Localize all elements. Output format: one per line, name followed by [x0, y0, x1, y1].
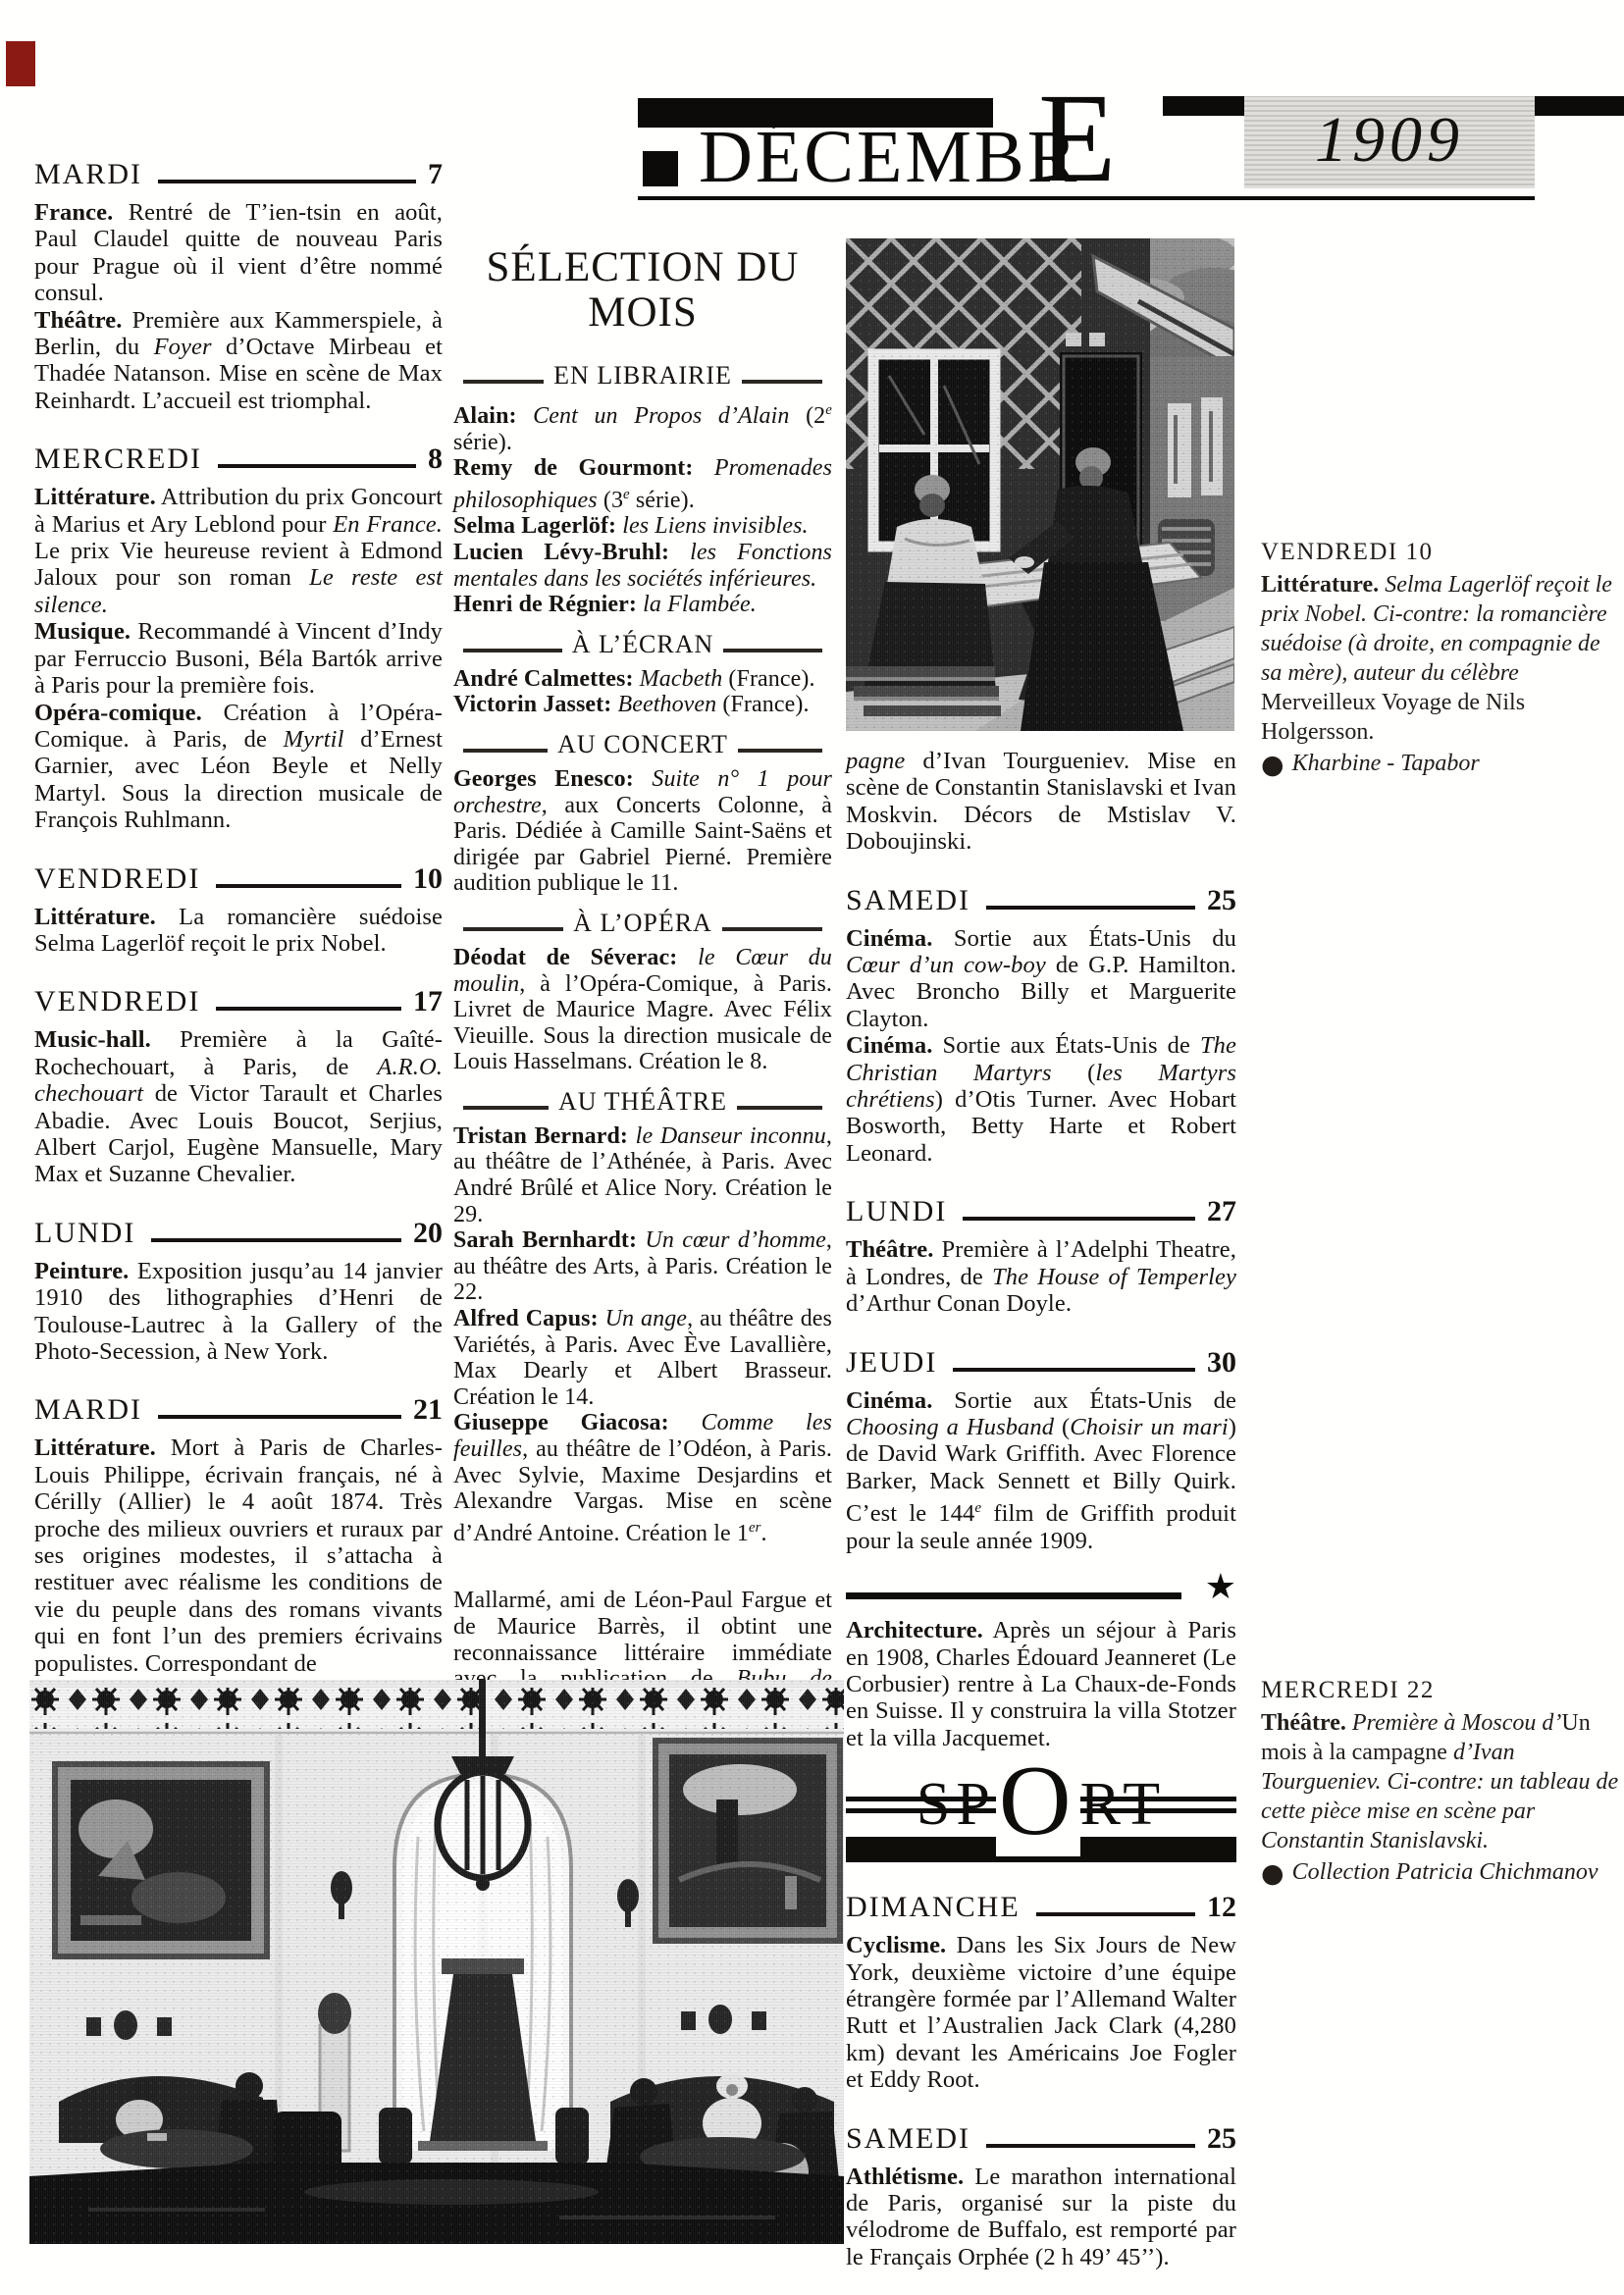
text-run: Victorin Jasset:	[453, 692, 611, 717]
text-run: Lucien Lévy-Bruhl:	[453, 540, 669, 565]
text-run: Théâtre.	[846, 1236, 933, 1263]
credit-bullet-icon: ●	[1261, 1858, 1284, 1889]
event-paragraph: Alfred Capus: Un ange, au théâtre des Va…	[453, 1306, 832, 1410]
day-heading: SAMEDI25	[846, 885, 1236, 916]
text-run: Cinéma.	[846, 1387, 932, 1414]
event-paragraph: André Calmettes: Macbeth (France).	[453, 666, 832, 693]
sport-title: SPORT	[846, 1776, 1236, 1833]
text-run: Athlétisme.	[846, 2164, 964, 2190]
rule-line	[463, 927, 563, 931]
column-left: MARDI7France. Rentré de T’ien-tsin en ao…	[34, 159, 443, 1677]
column-middle: SÉLECTION DU MOISEN LIBRAIRIEAlain: Cent…	[453, 245, 832, 1841]
text-run: Architecture.	[846, 1617, 983, 1643]
section-subhead: AU THÉÂTRE	[453, 1087, 832, 1117]
day-number: 27	[1207, 1196, 1236, 1227]
day-heading: VENDREDI10	[34, 863, 443, 895]
event-paragraph: Architecture. Après un séjour à Paris en…	[846, 1617, 1236, 1751]
day-heading: MARDI21	[34, 1394, 443, 1426]
page-edge-tab	[6, 41, 35, 86]
spacer	[453, 1546, 832, 1588]
text-run: .	[761, 1521, 767, 1546]
rule-line	[846, 1592, 1181, 1599]
text-run: Sortie aux États-Unis de	[932, 1387, 1236, 1414]
rule-line	[723, 649, 822, 652]
credit-bullet-icon: ●	[1261, 750, 1284, 780]
text-run: Opéra-comique.	[34, 700, 202, 726]
rule-line	[737, 1106, 822, 1110]
event-paragraph: Cinéma. Sortie aux États-Unis de Choosin…	[846, 1387, 1236, 1555]
event-paragraph: Tristan Bernard: le Danseur inconnu, au …	[453, 1123, 832, 1227]
text-run: série).	[453, 430, 512, 455]
text-run: Un ange	[599, 1306, 687, 1331]
text-run: Cinéma.	[846, 1032, 932, 1059]
rule-line	[738, 749, 822, 753]
day-name: DIMANCHE	[846, 1892, 1021, 1923]
subhead-label: AU THÉÂTRE	[558, 1087, 727, 1117]
text-run: Littérature.	[34, 904, 156, 930]
text-run: e	[825, 402, 832, 418]
text-run: Sarah Bernhardt:	[453, 1227, 637, 1253]
text-run: Music-hall.	[34, 1026, 151, 1053]
day-rule	[216, 1007, 401, 1011]
text-run: Remy de Gourmont:	[453, 455, 693, 481]
event-paragraph: France. Rentré de T’ien-tsin en août, Pa…	[34, 199, 443, 307]
photo-selma-illustration	[846, 238, 1234, 731]
text-run: Choosing a Husband	[846, 1414, 1054, 1440]
text-run: (2	[790, 403, 826, 429]
text-run: Alain:	[453, 403, 517, 429]
day-heading: DIMANCHE12	[846, 1892, 1236, 1923]
event-paragraph: Littérature. Mort à Paris de Charles-Lou…	[34, 1434, 443, 1677]
day-rule	[953, 1368, 1195, 1372]
caption-day-title: VENDREDI 10	[1261, 538, 1624, 567]
rule-line	[463, 380, 544, 384]
text-run: Henri de Régnier:	[453, 592, 637, 617]
day-name: MERCREDI	[34, 443, 202, 475]
text-run: Sortie aux États-Unis de	[932, 1032, 1199, 1059]
rule-line	[742, 380, 822, 384]
day-rule	[158, 180, 416, 183]
caption-body: Littérature. Selma Lagerlöf reçoit le pr…	[1261, 570, 1624, 747]
day-number: 25	[1207, 2123, 1236, 2155]
text-run: Merveilleux Voyage de Nils Holgersson.	[1261, 690, 1525, 745]
text-run: Tristan Bernard:	[453, 1123, 628, 1149]
photo-credit: ●Kharbine - Tapabor	[1261, 749, 1624, 780]
subhead-label: À L’OPÉRA	[573, 909, 712, 938]
text-run: Beethoven	[611, 692, 716, 717]
text-run: Cent un Propos d’Alain	[517, 403, 790, 429]
text-run: Littérature.	[34, 1434, 156, 1461]
day-rule	[158, 1415, 401, 1419]
text-run: Selma Lagerlöf:	[453, 513, 616, 539]
event-paragraph: Déodat de Séverac: le Cœur du moulin, à …	[453, 945, 832, 1075]
text-run: Peinture.	[34, 1258, 129, 1284]
event-paragraph: Cinéma. Sortie aux États-Unis de The Chr…	[846, 1032, 1236, 1167]
rule-line	[463, 649, 562, 652]
month-bullet-icon	[643, 151, 678, 186]
text-run: er	[749, 1520, 761, 1536]
month-title: DÉCEMBR	[699, 120, 1079, 194]
day-number: 20	[413, 1218, 443, 1249]
day-number: 30	[1207, 1347, 1236, 1379]
text-run: Déodat de Séverac:	[453, 945, 677, 970]
text-run: d’Arthur Conan Doyle.	[846, 1290, 1072, 1317]
subhead-label: AU CONCERT	[557, 730, 728, 759]
year-label: 1909	[1315, 106, 1464, 175]
text-run: Mort à Paris de Charles-Louis Philippe, …	[34, 1434, 443, 1676]
day-heading: SAMEDI25	[846, 2123, 1236, 2155]
text-run: la Flambée.	[637, 592, 757, 617]
section-subhead: À L’OPÉRA	[453, 909, 832, 938]
event-paragraph: Athlétisme. Le marathon international de…	[846, 2164, 1236, 2271]
text-run: Myrtil	[284, 726, 344, 753]
day-heading: VENDREDI17	[34, 986, 443, 1017]
text-run: Première à Moscou d’	[1352, 1710, 1562, 1736]
day-name: VENDREDI	[34, 986, 200, 1017]
subhead-label: EN LIBRAIRIE	[553, 361, 732, 391]
caption-body: Théâtre. Première à Moscou d’Un mois à l…	[1261, 1708, 1624, 1855]
day-name: SAMEDI	[846, 885, 970, 916]
text-run: (	[1052, 1060, 1096, 1086]
event-paragraph: Music-hall. Première à la Gaîté-Rochecho…	[34, 1026, 443, 1187]
day-rule	[151, 1238, 401, 1242]
event-paragraph: Lucien Lévy-Bruhl: les Fonctions mentale…	[453, 540, 832, 592]
day-rule	[986, 2144, 1195, 2148]
text-run: RT	[1080, 1771, 1167, 1838]
text-run: (France).	[716, 692, 809, 717]
rule-line	[463, 749, 548, 753]
event-paragraph: Théâtre. Première aux Kammerspiele, à Be…	[34, 307, 443, 415]
day-number: 17	[413, 986, 443, 1017]
rule-line	[463, 1106, 549, 1110]
day-heading: LUNDI27	[846, 1196, 1236, 1227]
text-run: Littérature.	[1261, 572, 1385, 598]
text-run: Alfred Capus:	[453, 1306, 599, 1331]
credit-text: Collection Patricia Chichmanov	[1292, 1859, 1598, 1885]
selection-title: SÉLECTION DU MOIS	[453, 245, 832, 336]
text-run: En France.	[333, 511, 443, 538]
photo-stage-scene	[29, 1680, 844, 2244]
text-run: (France).	[722, 666, 814, 692]
text-run: Giuseppe Giacosa:	[453, 1410, 669, 1435]
event-paragraph: Littérature. Attribution du prix Goncour…	[34, 484, 443, 618]
day-name: MARDI	[34, 1394, 142, 1426]
event-paragraph: Opéra-comique. Création à l’Opéra-Comiqu…	[34, 700, 443, 834]
text-run: André Calmettes:	[453, 666, 634, 692]
text-run: Un cœur d’homme	[637, 1227, 826, 1253]
event-paragraph: Littérature. La romancière suédoise Selm…	[34, 904, 443, 958]
text-run: les Liens invisibles.	[616, 513, 809, 539]
day-rule	[986, 906, 1195, 910]
event-paragraph: Selma Lagerlöf: les Liens invisibles.	[453, 513, 832, 540]
photo-caption-vendredi-10: VENDREDI 10Littérature. Selma Lagerlöf r…	[1261, 538, 1624, 780]
photo-stage-illustration	[29, 1680, 844, 2244]
column-right: pagne d’Ivan Tourgueniev. Mise en scène …	[846, 748, 1236, 2270]
text-run: Foyer	[154, 334, 212, 360]
text-run: The House of Temperley	[992, 1264, 1236, 1290]
day-number: 12	[1207, 1892, 1236, 1923]
section-subhead: EN LIBRAIRIE	[453, 361, 832, 391]
sport-big-o: O	[996, 1746, 1080, 1856]
photo-selma-lagerlof	[846, 238, 1234, 731]
event-paragraph: Sarah Bernhardt: Un cœur d’homme, au thé…	[453, 1227, 832, 1306]
photo-caption-mercredi-22: MERCREDI 22Théâtre. Première à Moscou d’…	[1261, 1676, 1624, 1889]
text-run: (	[1054, 1414, 1070, 1440]
star-rule: ★	[846, 1590, 1236, 1601]
day-heading: JEUDI30	[846, 1347, 1236, 1379]
credit-text: Kharbine - Tapabor	[1292, 751, 1480, 776]
rule-line	[722, 927, 822, 931]
day-number: 7	[428, 159, 443, 190]
text-run: France.	[34, 199, 113, 226]
caption-day-title: MERCREDI 22	[1261, 1676, 1624, 1705]
day-number: 25	[1207, 885, 1236, 916]
text-run: d’Ivan Tourgueniev. Mise en scène de Con…	[846, 748, 1236, 855]
event-paragraph: Peinture. Exposition jusqu’au 14 janvier…	[34, 1258, 443, 1366]
day-name: SAMEDI	[846, 2123, 970, 2155]
section-subhead: AU CONCERT	[453, 730, 832, 759]
day-rule	[216, 884, 401, 888]
day-number: 21	[413, 1394, 443, 1426]
day-name: VENDREDI	[34, 863, 200, 895]
sport-banner: SPORT	[846, 1797, 1236, 1862]
page: DÉCEMBR E 1909 MARDI7France. Rentré de T…	[0, 0, 1624, 2295]
event-paragraph: Musique. Recommandé à Vincent d’Indy par…	[34, 618, 443, 699]
day-number: 10	[413, 863, 443, 895]
month-title-capital: E	[1038, 75, 1116, 202]
event-paragraph: Cyclisme. Dans les Six Jours de New York…	[846, 1932, 1236, 2093]
event-paragraph: Henri de Régnier: la Flambée.	[453, 592, 832, 618]
event-paragraph: Victorin Jasset: Beethoven (France).	[453, 692, 832, 718]
text-run: Georges Enesco:	[453, 766, 634, 792]
star-icon: ★	[1205, 1570, 1236, 1605]
text-run: Macbeth	[634, 666, 723, 692]
day-rule	[963, 1217, 1195, 1221]
text-run: Musique.	[34, 618, 131, 645]
subhead-label: À L’ÉCRAN	[572, 630, 714, 659]
photo-credit: ●Collection Patricia Chichmanov	[1261, 1857, 1624, 1889]
day-rule	[1036, 1912, 1195, 1916]
day-name: JEUDI	[846, 1347, 937, 1379]
text-run: le Danseur inconnu	[628, 1123, 826, 1149]
year-box: 1909	[1244, 96, 1535, 188]
text-run: Littérature.	[34, 484, 156, 510]
day-number: 8	[428, 443, 443, 475]
header-rule	[638, 196, 1535, 200]
day-rule	[218, 464, 416, 468]
text-run: pagne	[846, 748, 905, 774]
day-name: LUNDI	[846, 1196, 947, 1227]
text-run: e	[623, 487, 630, 502]
event-paragraph: pagne d’Ivan Tourgueniev. Mise en scène …	[846, 748, 1236, 856]
section-subhead: À L’ÉCRAN	[453, 630, 832, 659]
text-run: Théâtre.	[1261, 1710, 1352, 1736]
event-paragraph: Cinéma. Sortie aux États-Unis du Cœur d’…	[846, 925, 1236, 1033]
day-heading: MERCREDI8	[34, 443, 443, 475]
event-paragraph: Giuseppe Giacosa: Comme les feuilles, au…	[453, 1410, 832, 1546]
text-run: Cœur d’un cow-boy	[846, 952, 1046, 978]
day-name: LUNDI	[34, 1218, 135, 1249]
day-name: MARDI	[34, 159, 142, 190]
text-run: Cinéma.	[846, 925, 932, 952]
text-run: (3	[598, 488, 623, 513]
event-paragraph: Georges Enesco: Suite n° 1 pour orchestr…	[453, 766, 832, 897]
text-run: Choisir un mari	[1070, 1414, 1228, 1440]
text-run: série).	[630, 488, 695, 513]
event-paragraph: Remy de Gourmont: Promenades philosophiq…	[453, 455, 832, 513]
text-run: Sortie aux États-Unis du	[932, 925, 1236, 952]
event-paragraph: Alain: Cent un Propos d’Alain (2e série)…	[453, 397, 832, 455]
day-heading: LUNDI20	[34, 1218, 443, 1249]
text-run: Cyclisme.	[846, 1932, 946, 1958]
text-run: SP	[917, 1771, 996, 1838]
event-paragraph: Théâtre. Première à l’Adelphi Theatre, à…	[846, 1236, 1236, 1317]
day-heading: MARDI7	[34, 159, 443, 190]
text-run: Théâtre.	[34, 307, 122, 334]
